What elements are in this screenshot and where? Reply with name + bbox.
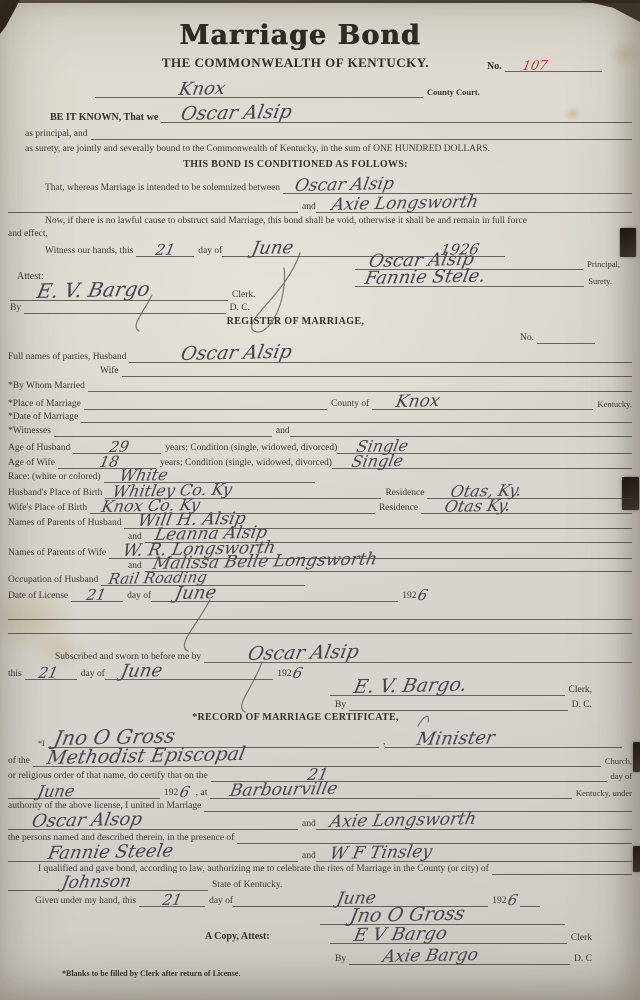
given-day-handwriting: 21: [161, 891, 184, 909]
copy-attest-row: A Copy, Attest:: [205, 928, 273, 942]
license-month-handwriting: June: [173, 582, 218, 604]
wife-row: Wife: [100, 364, 632, 377]
sworn-day-of-label: day of: [77, 669, 105, 680]
certificate-witnesses-row: Fannie Steele and W F Tinsley: [8, 844, 632, 862]
condition-wife-handwriting: Single: [350, 451, 405, 471]
void-clause-row: Now, if there is no lawful cause to obst…: [45, 214, 632, 227]
dc-label: D. C.: [226, 303, 250, 314]
footnote-row: *Blanks to be filled by Clerk after retu…: [62, 966, 243, 978]
conditioned-heading-row: THIS BOND IS CONDITIONED AS FOLLOWS:: [0, 159, 594, 171]
by-whom-label: *By Whom Married: [8, 381, 88, 392]
couple-and-label: and: [298, 819, 316, 830]
as-principal-label: as principal, and: [25, 129, 91, 140]
county-court-row: Knox County Court.: [95, 80, 592, 98]
license-day-of-label: day of: [123, 591, 151, 602]
license-row: Date of License 21 day of June 192 6: [8, 585, 430, 602]
sworn-clerk-label: Clerk,: [565, 685, 592, 696]
bride-row: and Axie Longsworth: [8, 195, 632, 213]
certificate-heading: *RECORD OF MARRIAGE CERTIFICATE,: [0, 712, 594, 724]
witnesses-label: *Witnesses: [8, 426, 54, 437]
sworn-dc-label: D. C.: [568, 700, 592, 711]
surety-signature: Fannie Stele.: [363, 265, 487, 289]
witness-and-label: and: [298, 851, 316, 862]
void-clause-text: Now, if there is no lawful cause to obst…: [45, 216, 530, 227]
place-of-marriage-row: *Place of Marriage County of Knox Kentuc…: [8, 393, 632, 410]
bond-day-handwriting: 21: [154, 241, 177, 259]
occupation-row: Occupation of Husband Rail Roading: [8, 570, 305, 586]
kentucky-label: Kentucky.: [593, 400, 632, 410]
license-year-digit-handwriting: 6: [417, 586, 430, 604]
subscribed-name-handwriting: Oscar Alsip: [246, 641, 361, 665]
day-of-label: day of: [194, 246, 222, 257]
certificate-heading-row: *RECORD OF MARRIAGE CERTIFICATE,: [0, 712, 594, 724]
copy-attest-label: A Copy, Attest:: [205, 931, 273, 943]
copy-clerk-row: E V Bargo Clerk: [330, 925, 592, 944]
register-county-handwriting: Knox: [394, 391, 441, 412]
surety-label: Surety.: [584, 277, 612, 287]
bond-month-handwriting: June: [250, 237, 295, 259]
bond-number-value: 107: [521, 58, 549, 74]
register-heading-row: REGISTER OF MARRIAGE,: [0, 316, 594, 328]
certificate-groom-handwriting: Oscar Alsop: [30, 809, 144, 832]
surety-clause-row: as surety, are jointly and severally bou…: [25, 142, 632, 155]
sworn-month-handwriting: June: [119, 660, 164, 682]
by-deputy-row: By D. C.: [10, 300, 250, 314]
county-of-label: County of: [327, 399, 372, 410]
county-handwriting: Knox: [177, 78, 227, 100]
sworn-year-printed: 192: [273, 669, 291, 680]
sworn-date-row: this 21 day of June 192 6: [8, 663, 305, 680]
parents-wife-label: Names of Parents of Wife: [8, 548, 109, 559]
sworn-day-handwriting: 21: [37, 664, 60, 682]
date-of-marriage-label: *Date of Marriage: [8, 412, 81, 423]
by-label: By: [10, 303, 24, 314]
copy-by-label: By: [335, 954, 349, 965]
minister-signature-row: Jno O Gross: [320, 905, 565, 925]
solemnized-label: That, whereas Marriage is intended to be…: [45, 183, 283, 194]
binding-mark: [633, 742, 640, 772]
surety-signature-row: Fannie Stele. Surety.: [355, 269, 612, 287]
page-title-row: Marriage Bond: [0, 20, 600, 51]
sworn-year-digit-handwriting: 6: [292, 664, 305, 682]
certify-day-of-label: day of: [607, 772, 632, 782]
clerk-signature-row: E. V. Bargo Clerk.: [10, 281, 290, 301]
united-couple-row: Oscar Alsop and Axie Longsworth: [8, 811, 632, 830]
bond-number-row: No. 107: [487, 56, 602, 72]
license-year-printed: 192: [398, 591, 416, 602]
license-label: Date of License: [8, 591, 71, 602]
full-names-row: Full names of parties, Husband Oscar Als…: [8, 343, 632, 363]
bride-name-handwriting: Axie Longsworth: [330, 192, 480, 215]
county-court-label: County Court.: [423, 88, 480, 98]
license-day-handwriting: 21: [85, 586, 108, 604]
footnote-text: *Blanks to be filled by Clerk after retu…: [62, 969, 243, 978]
solemnized-row: That, whereas Marriage is intended to be…: [45, 176, 632, 194]
as-principal-row: as principal, and: [25, 126, 632, 140]
full-names-label: Full names of parties, Husband: [8, 352, 129, 363]
and-label: and: [298, 202, 316, 213]
register-heading: REGISTER OF MARRIAGE,: [0, 316, 594, 328]
no-label: No.: [487, 61, 505, 73]
register-husband-handwriting: Oscar Alsip: [179, 341, 294, 365]
certificate-bride-handwriting: Axie Longsworth: [328, 809, 478, 832]
blank-rule-row: [8, 622, 632, 634]
certify-label: or religious order of that name, do cert…: [8, 771, 211, 782]
deputy-signature: Axie Bargo: [381, 945, 480, 967]
witnesses-row: *Witnesses and: [8, 424, 632, 437]
groom-name-handwriting: Oscar Alsip: [293, 174, 396, 196]
place-label: *Place of Marriage: [8, 399, 84, 410]
certificate-witness1-handwriting: Fannie Steele: [46, 840, 175, 864]
binding-mark: [633, 846, 640, 872]
copy-dc-label: D. C: [570, 954, 592, 965]
this-label: this: [8, 669, 25, 680]
sworn-by-row: By D. C.: [335, 697, 592, 711]
copy-by-row: By Axie Bargo D. C: [335, 947, 592, 965]
date-of-marriage-row: *Date of Marriage: [8, 410, 632, 423]
given-label: Given under my hand, this: [35, 896, 139, 907]
copy-clerk-label: Clerk: [567, 933, 592, 944]
wife-label: Wife: [100, 366, 122, 377]
principal-name-handwriting: Oscar Alsip: [179, 101, 294, 125]
blank-rule-row: [8, 608, 632, 620]
book-corner-right: [580, 0, 640, 22]
certificate-date-place-row: June 192 6 , at Barbourville Kentucky, u…: [8, 782, 632, 799]
sworn-by-label: By: [335, 700, 349, 711]
given-day-of-label: day of: [205, 896, 233, 907]
document-page: Marriage Bond THE COMMONWEALTH OF KENTUC…: [0, 0, 640, 1000]
be-it-known-row: BE IT KNOWN, That we Oscar Alsip: [50, 103, 632, 123]
sworn-clerk-signature: E. V. Bargo.: [352, 674, 469, 698]
copy-clerk-signature: E V Bargo: [352, 923, 449, 946]
page-title: Marriage Bond: [0, 20, 600, 51]
witnesses-and-label: and: [272, 426, 290, 437]
age-husband-row: Age of Husband 29 years; Condition (sing…: [8, 438, 632, 454]
sworn-clerk-row: E. V. Bargo. Clerk,: [330, 676, 592, 696]
book-top-edge: [0, 0, 640, 3]
by-whom-row: *By Whom Married: [8, 379, 632, 392]
be-it-known-label: BE IT KNOWN, That we: [50, 112, 161, 124]
paper-stain: [608, 40, 640, 70]
surety-clause-text: as surety, are jointly and severally bou…: [25, 144, 493, 155]
parents-husband-label: Names of Parents of Husband: [8, 518, 124, 529]
certificate-witness2-handwriting: W F Tinsley: [328, 842, 434, 864]
county-state-row: Johnson State of Kentucky.: [8, 874, 632, 891]
witness-hands-label: Witness our hands, this: [45, 246, 136, 257]
conditioned-heading: THIS BOND IS CONDITIONED AS FOLLOWS:: [0, 159, 594, 171]
